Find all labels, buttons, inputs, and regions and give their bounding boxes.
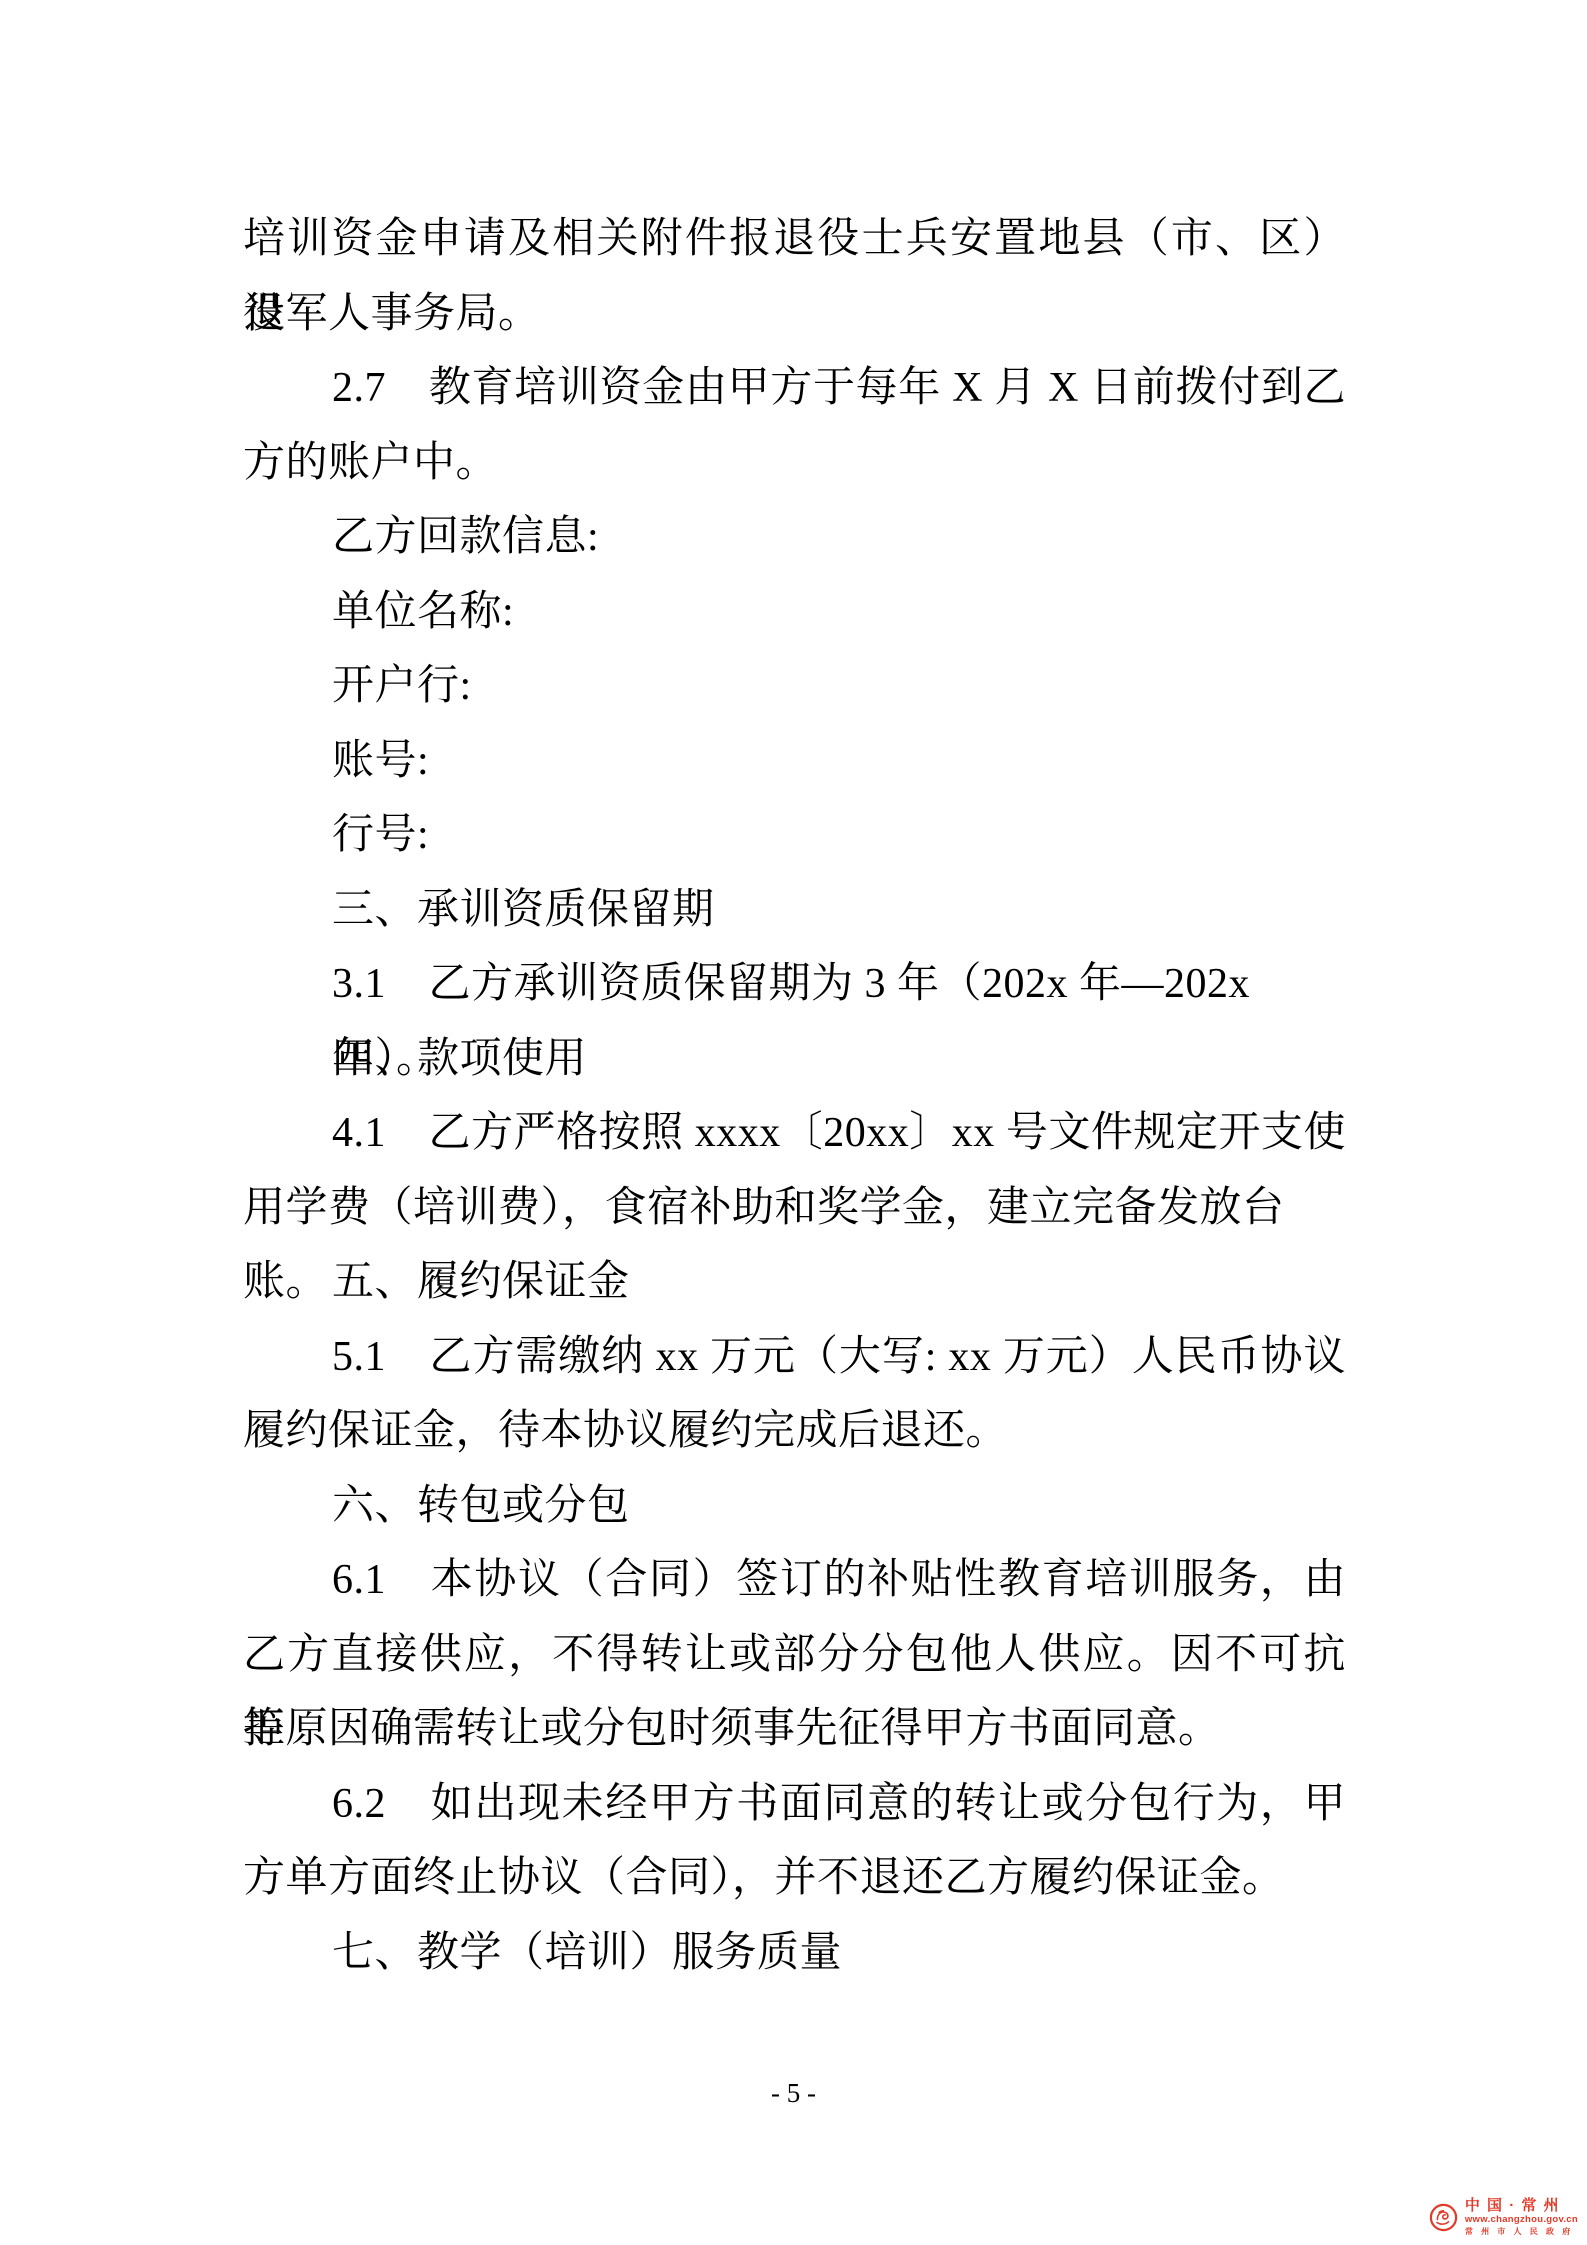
page-number: - 5 - <box>0 2078 1587 2108</box>
logo-subtitle: 常 州 市 人 民 政 府 <box>1465 2227 1573 2236</box>
text-line: 五、履约保证金 <box>243 1245 1346 1320</box>
text-line: 3.1 乙方承训资质保留期为 3 年（202x 年—202x 年）。 <box>243 947 1346 1022</box>
text-line: 6.1 本协议（合同）签订的补贴性教育培训服务，由 <box>243 1543 1346 1618</box>
text-line: 役军人事务局。 <box>243 277 1346 352</box>
text-line: 账号: <box>243 724 1346 799</box>
text-line: 2.7 教育培训资金由甲方于每年 X 月 X 日前拨付到乙 <box>243 351 1346 426</box>
dragon-seal-icon <box>1429 2203 1458 2232</box>
text-line: 用学费（培训费），食宿补助和奖学金，建立完备发放台账。 <box>243 1171 1346 1246</box>
text-line: 乙方回款信息: <box>243 500 1346 575</box>
logo-text-block: 中 国 · 常 州 www.changzhou.gov.cn 常 州 市 人 民… <box>1465 2198 1578 2236</box>
document-body: 培训资金申请及相关附件报退役士兵安置地县（市、区）退 役军人事务局。 2.7 教… <box>243 202 1346 1990</box>
text-line: 六、转包或分包 <box>243 1469 1346 1544</box>
text-line: 方单方面终止协议（合同），并不退还乙方履约保证金。 <box>243 1841 1346 1916</box>
text-line: 6.2 如出现未经甲方书面同意的转让或分包行为，甲 <box>243 1767 1346 1842</box>
text-line: 方的账户中。 <box>243 426 1346 501</box>
text-line: 三、承训资质保留期 <box>243 873 1346 948</box>
text-line: 5.1 乙方需缴纳 xx 万元（大写: xx 万元）人民币协议 <box>243 1320 1346 1395</box>
text-line: 四、款项使用 <box>243 1022 1346 1097</box>
text-line: 4.1 乙方严格按照 xxxx〔20xx〕xx 号文件规定开支使 <box>243 1096 1346 1171</box>
text-line: 等原因确需转让或分包时须事先征得甲方书面同意。 <box>243 1692 1346 1767</box>
text-line: 培训资金申请及相关附件报退役士兵安置地县（市、区）退 <box>243 202 1346 277</box>
text-line: 履约保证金，待本协议履约完成后退还。 <box>243 1394 1346 1469</box>
document-page: 培训资金申请及相关附件报退役士兵安置地县（市、区）退 役军人事务局。 2.7 教… <box>0 0 1587 2245</box>
logo-url: www.changzhou.gov.cn <box>1465 2215 1578 2225</box>
text-line: 单位名称: <box>243 575 1346 650</box>
text-line: 七、教学（培训）服务质量 <box>243 1916 1346 1991</box>
text-line: 开户行: <box>243 649 1346 724</box>
text-line: 乙方直接供应，不得转让或部分分包他人供应。因不可抗拒 <box>243 1618 1346 1693</box>
text-line: 行号: <box>243 798 1346 873</box>
logo-title: 中 国 · 常 州 <box>1465 2198 1560 2214</box>
site-logo: 中 国 · 常 州 www.changzhou.gov.cn 常 州 市 人 民… <box>1429 2198 1578 2236</box>
